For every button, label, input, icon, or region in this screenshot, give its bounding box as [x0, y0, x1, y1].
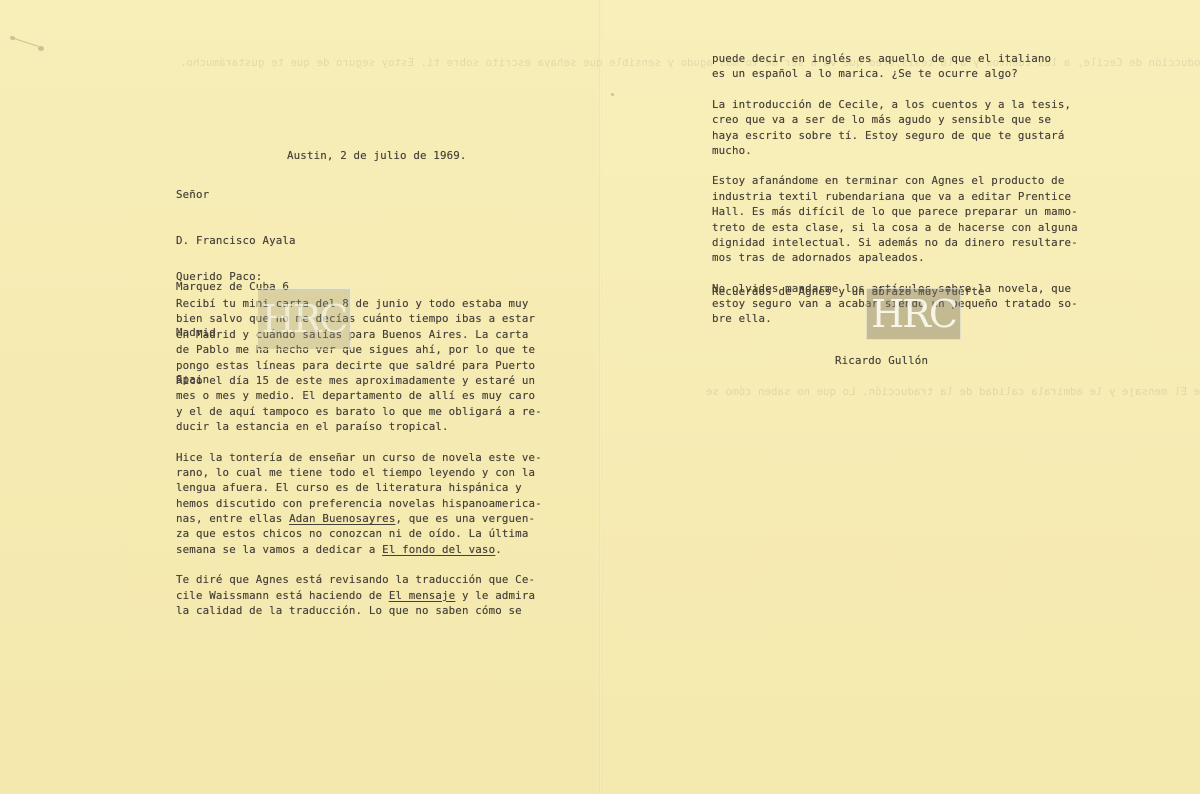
- text-line: Hall. Es más difícil de lo que parece pr…: [712, 204, 1078, 219]
- text-line: za que estos chicos no conozcan ni de oí…: [176, 526, 542, 541]
- date-line: Austin, 2 de julio de 1969.: [287, 148, 467, 163]
- hrc-watermark: HRC: [866, 288, 961, 340]
- address-line: D. Francisco Ayala: [176, 233, 296, 248]
- text-line: de Pablo me ha hecho ver que sigues ahí,…: [176, 342, 542, 357]
- paragraph: Estoy afanándome en terminar con Agnes e…: [712, 173, 1078, 265]
- text-line: mos tras de adornados apaleados.: [712, 250, 1078, 265]
- text-line: la calidad de la traducción. Lo que no s…: [176, 603, 542, 618]
- address-line: Señor: [176, 187, 296, 202]
- text-line: nas, entre ellas Adan Buenosayres, que e…: [176, 511, 542, 526]
- text-line: creo que va a ser de lo más agudo y sens…: [712, 112, 1078, 127]
- text-line: La introducción de Cecile, a los cuentos…: [712, 97, 1078, 112]
- text-line: ducir la estancia en el paraíso tropical…: [176, 419, 542, 434]
- letter-body-left: Recibí tu mini carta del 8 de junio y to…: [176, 296, 542, 633]
- text-line: Te diré que Agnes está revisando la trad…: [176, 572, 542, 587]
- text-line: pongo estas líneas para decirte que sald…: [176, 358, 542, 373]
- text-line: en Madrid y cuándo salías para Buenos Ai…: [176, 327, 542, 342]
- paragraph: Te diré que Agnes está revisando la trad…: [176, 572, 542, 618]
- text-line: puede decir en inglés es aquello de que …: [712, 51, 1078, 66]
- text-line: haya escrito sobre tí. Estoy seguro de q…: [712, 128, 1078, 143]
- text-line: rano, lo cual me tiene todo el tiempo le…: [176, 465, 542, 480]
- text-line: mes o mes y medio. El departamento de al…: [176, 388, 542, 403]
- text-line: semana se la vamos a dedicar a El fondo …: [176, 542, 542, 557]
- text-line: Hice la tontería de enseñar un curso de …: [176, 450, 542, 465]
- underlined-title: Adan Buenosayres: [289, 512, 395, 525]
- paper-speck: [38, 46, 44, 51]
- paragraph: La introducción de Cecile, a los cuentos…: [712, 97, 1078, 159]
- text-line: dignidad intelectual. Si además no da di…: [712, 235, 1078, 250]
- text-line: y el de aquí tampoco es barato lo que me…: [176, 404, 542, 419]
- bleed-through-right: y el de aquí tampoco es barato lo que me…: [706, 384, 1200, 399]
- text-line: lengua afuera. El curso es de literatura…: [176, 480, 542, 495]
- text-line: hemos discutido con preferencia novelas …: [176, 496, 542, 511]
- text-line: Rico el día 15 de este mes aproximadamen…: [176, 373, 542, 388]
- text-line: bien salvo que no me decías cuánto tiemp…: [176, 311, 542, 326]
- page-fold: [599, 0, 602, 794]
- text-line: treto de esta clase, si la cosa a de hac…: [712, 220, 1078, 235]
- underlined-title: El mensaje: [389, 589, 456, 602]
- text-line: es un español a lo marica. ¿Se te ocurre…: [712, 66, 1078, 81]
- paragraph: Hice la tontería de enseñar un curso de …: [176, 450, 542, 558]
- signature: Ricardo Gullón: [835, 353, 928, 368]
- paragraph: Recibí tu mini carta del 8 de junio y to…: [176, 296, 542, 435]
- text-line: Estoy afanándome en terminar con Agnes e…: [712, 173, 1078, 188]
- paper-speck: [611, 93, 614, 96]
- text-line: Recibí tu mini carta del 8 de junio y to…: [176, 296, 542, 311]
- underlined-title: El fondo del vaso: [382, 543, 495, 556]
- text-line: cile Waissmann está haciendo de El mensa…: [176, 588, 542, 603]
- text-line: industria textil rubendariana que va a e…: [712, 189, 1078, 204]
- text-line: mucho.: [712, 143, 1078, 158]
- paragraph: puede decir en inglés es aquello de que …: [712, 51, 1078, 82]
- salutation: Querido Paco:: [176, 269, 262, 284]
- hrc-watermark: HRC: [257, 288, 351, 350]
